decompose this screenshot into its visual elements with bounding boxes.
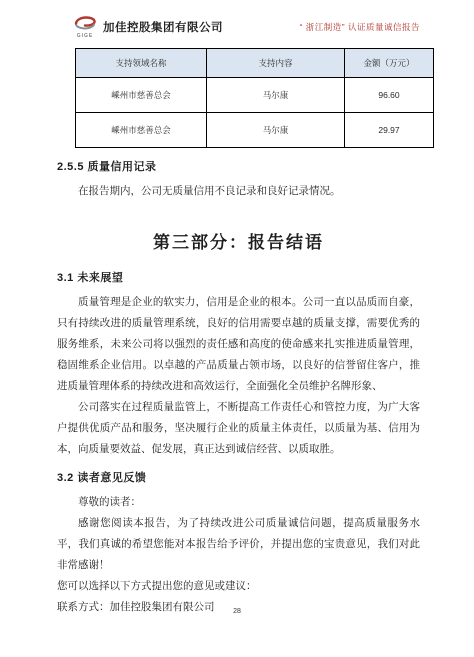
gige-logo-icon	[73, 16, 97, 35]
logo-text: GIGE	[77, 34, 94, 39]
feedback-instruction-line: 您可以选择以下方式提出您的意见或建议：	[57, 576, 420, 597]
page-number: 28	[0, 608, 474, 615]
section-3-1-paragraph-2: 公司落实在过程质量监管上，不断提高工作责任心和管控力度，为广大客户提供优质产品和…	[57, 397, 420, 460]
table-header-row: 支持领域名称 支持内容 金额（万元）	[76, 49, 434, 78]
company-name: 加佳控股集团有限公司	[103, 19, 223, 35]
section-heading-3-1: 3.1 未来展望	[57, 269, 420, 285]
page-header: GIGE 加佳控股集团有限公司 “ 浙江制造” 认证质量诚信报告	[73, 14, 420, 40]
cell-amount: 96.60	[345, 78, 434, 113]
section-3-2-paragraph-1: 感谢您阅读本报告，为了持续改进公司质量诚信问题，提高质量服务水平，我们真诚的希望…	[57, 513, 420, 576]
support-table: 支持领域名称 支持内容 金额（万元） 嵊州市慈善总会 马尔康 96.60 嵊州市…	[75, 48, 434, 148]
part3-title: 第三部分：报告结语	[57, 228, 420, 253]
cell-area: 嵊州市慈善总会	[76, 78, 207, 113]
col-header-amount: 金额（万元）	[345, 49, 434, 78]
section-2-5-5-body: 在报告期内，公司无质量信用不良记录和良好记录情况。	[57, 181, 420, 202]
cell-amount: 29.97	[345, 113, 434, 148]
section-heading-3-2: 3.2 读者意见反馈	[57, 469, 420, 485]
col-header-support-area: 支持领域名称	[76, 49, 207, 78]
cell-area: 嵊州市慈善总会	[76, 113, 207, 148]
cell-content: 马尔康	[207, 78, 345, 113]
section-3-1-paragraph-1: 质量管理是企业的软实力，信用是企业的根本。公司一直以品质而自豪，只有持续改进的质…	[57, 292, 420, 397]
reader-salutation: 尊敬的读者：	[57, 492, 420, 513]
cell-content: 马尔康	[207, 113, 345, 148]
report-page: GIGE 加佳控股集团有限公司 “ 浙江制造” 认证质量诚信报告 支持领域名称 …	[0, 0, 474, 657]
report-title: “ 浙江制造” 认证质量诚信报告	[300, 21, 420, 33]
col-header-support-content: 支持内容	[207, 49, 345, 78]
company-logo: GIGE	[73, 16, 97, 39]
section-heading-2-5-5: 2.5.5 质量信用记录	[57, 158, 420, 174]
table-row: 嵊州市慈善总会 马尔康 96.60	[76, 78, 434, 113]
table-row: 嵊州市慈善总会 马尔康 29.97	[76, 113, 434, 148]
